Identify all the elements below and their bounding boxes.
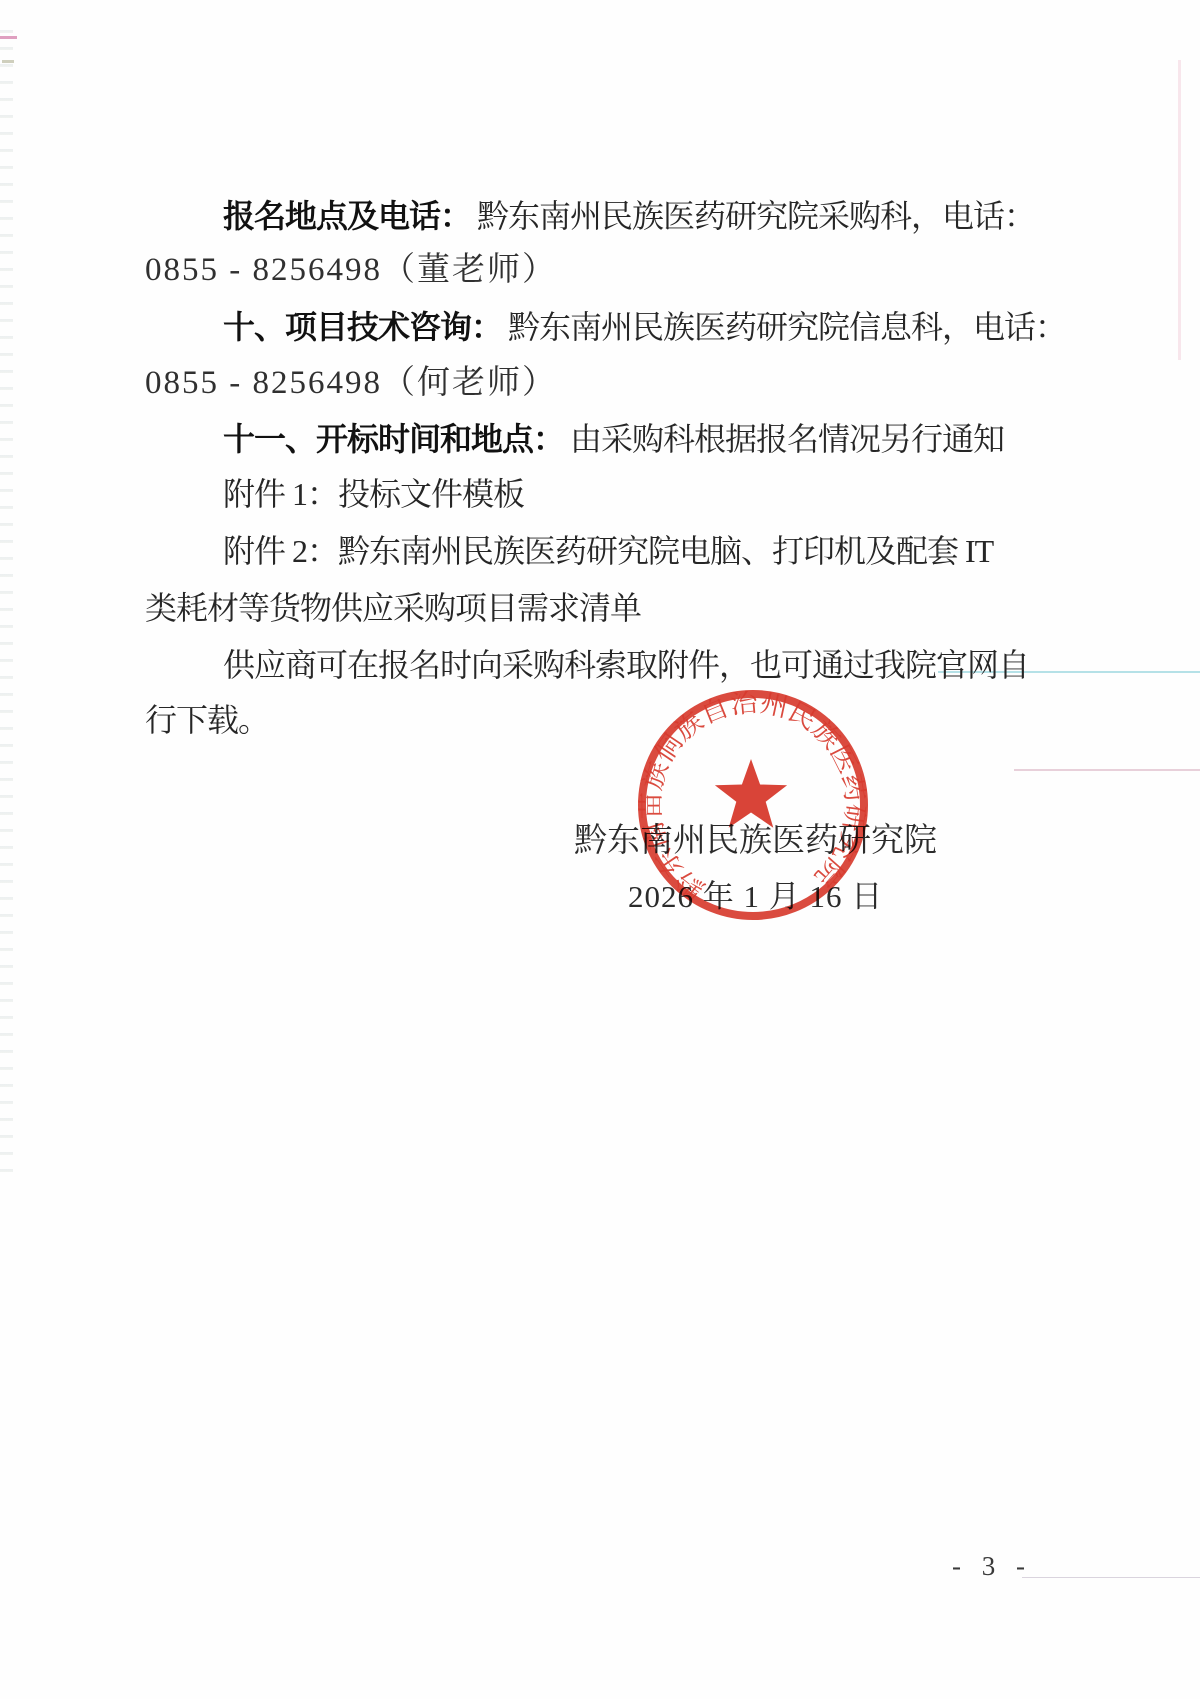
scan-artifact-pink-line xyxy=(1014,769,1200,771)
line-text: 0855 - 8256498（何老师） xyxy=(145,365,557,401)
line-text: 类耗材等货物供应采购项目需求清单 xyxy=(145,590,641,626)
line-bold-label: 十、项目技术咨询： xyxy=(223,309,502,345)
body-line-supplier-note-cont: 行下载。 xyxy=(145,700,269,740)
body-line-registration-contact: 报名地点及电话：黔东南州民族医药研究院采购科，电话： xyxy=(223,196,1035,236)
line-bold-label: 十一、开标时间和地点： xyxy=(223,421,564,457)
body-line-supplier-note: 供应商可在报名时向采购科索取附件，也可通过我院官网自 xyxy=(223,645,1029,685)
scan-artifact-footer-line xyxy=(1022,1577,1200,1578)
scanned-document-page: 报名地点及电话：黔东南州民族医药研究院采购科，电话： 0855 - 825649… xyxy=(0,0,1200,1699)
scan-artifact-pink-dash xyxy=(0,36,17,39)
scan-artifact-olive-dash xyxy=(2,60,14,63)
body-line-phone-dong: 0855 - 8256498（董老师） xyxy=(145,250,557,290)
scan-noise-left-edge xyxy=(0,30,13,1180)
body-line-attachment-1: 附件 1：投标文件模板 xyxy=(223,474,524,514)
body-line-phone-he: 0855 - 8256498（何老师） xyxy=(145,363,557,403)
seal-star-icon xyxy=(715,759,787,828)
official-seal: 黔东南苗族侗族自治州民族医药研究院 xyxy=(630,685,880,935)
line-text: 供应商可在报名时向采购科索取附件，也可通过我院官网自 xyxy=(223,647,1029,683)
line-text: 由采购科根据报名情况另行通知 xyxy=(570,421,1004,457)
body-line-attachment-2-cont: 类耗材等货物供应采购项目需求清单 xyxy=(145,588,641,628)
line-text: 行下载。 xyxy=(145,702,269,738)
line-text: 0855 - 8256498（董老师） xyxy=(145,252,557,288)
line-text: 黔东南州民族医药研究院信息科，电话： xyxy=(508,309,1066,345)
page-number: - 3 - xyxy=(952,1551,1032,1582)
scan-artifact-right-smear xyxy=(1178,60,1181,360)
line-text: 黔东南州民族医药研究院采购科，电话： xyxy=(477,198,1035,234)
body-line-tech-consult: 十、项目技术咨询：黔东南州民族医药研究院信息科，电话： xyxy=(223,307,1066,347)
line-text: 附件 2：黔东南州民族医药研究院电脑、打印机及配套 IT xyxy=(223,533,993,569)
body-line-attachment-2: 附件 2：黔东南州民族医药研究院电脑、打印机及配套 IT xyxy=(223,531,993,571)
body-line-bid-opening: 十一、开标时间和地点：由采购科根据报名情况另行通知 xyxy=(223,419,1004,459)
line-bold-label: 报名地点及电话： xyxy=(223,198,471,234)
line-text: 附件 1：投标文件模板 xyxy=(223,476,524,512)
